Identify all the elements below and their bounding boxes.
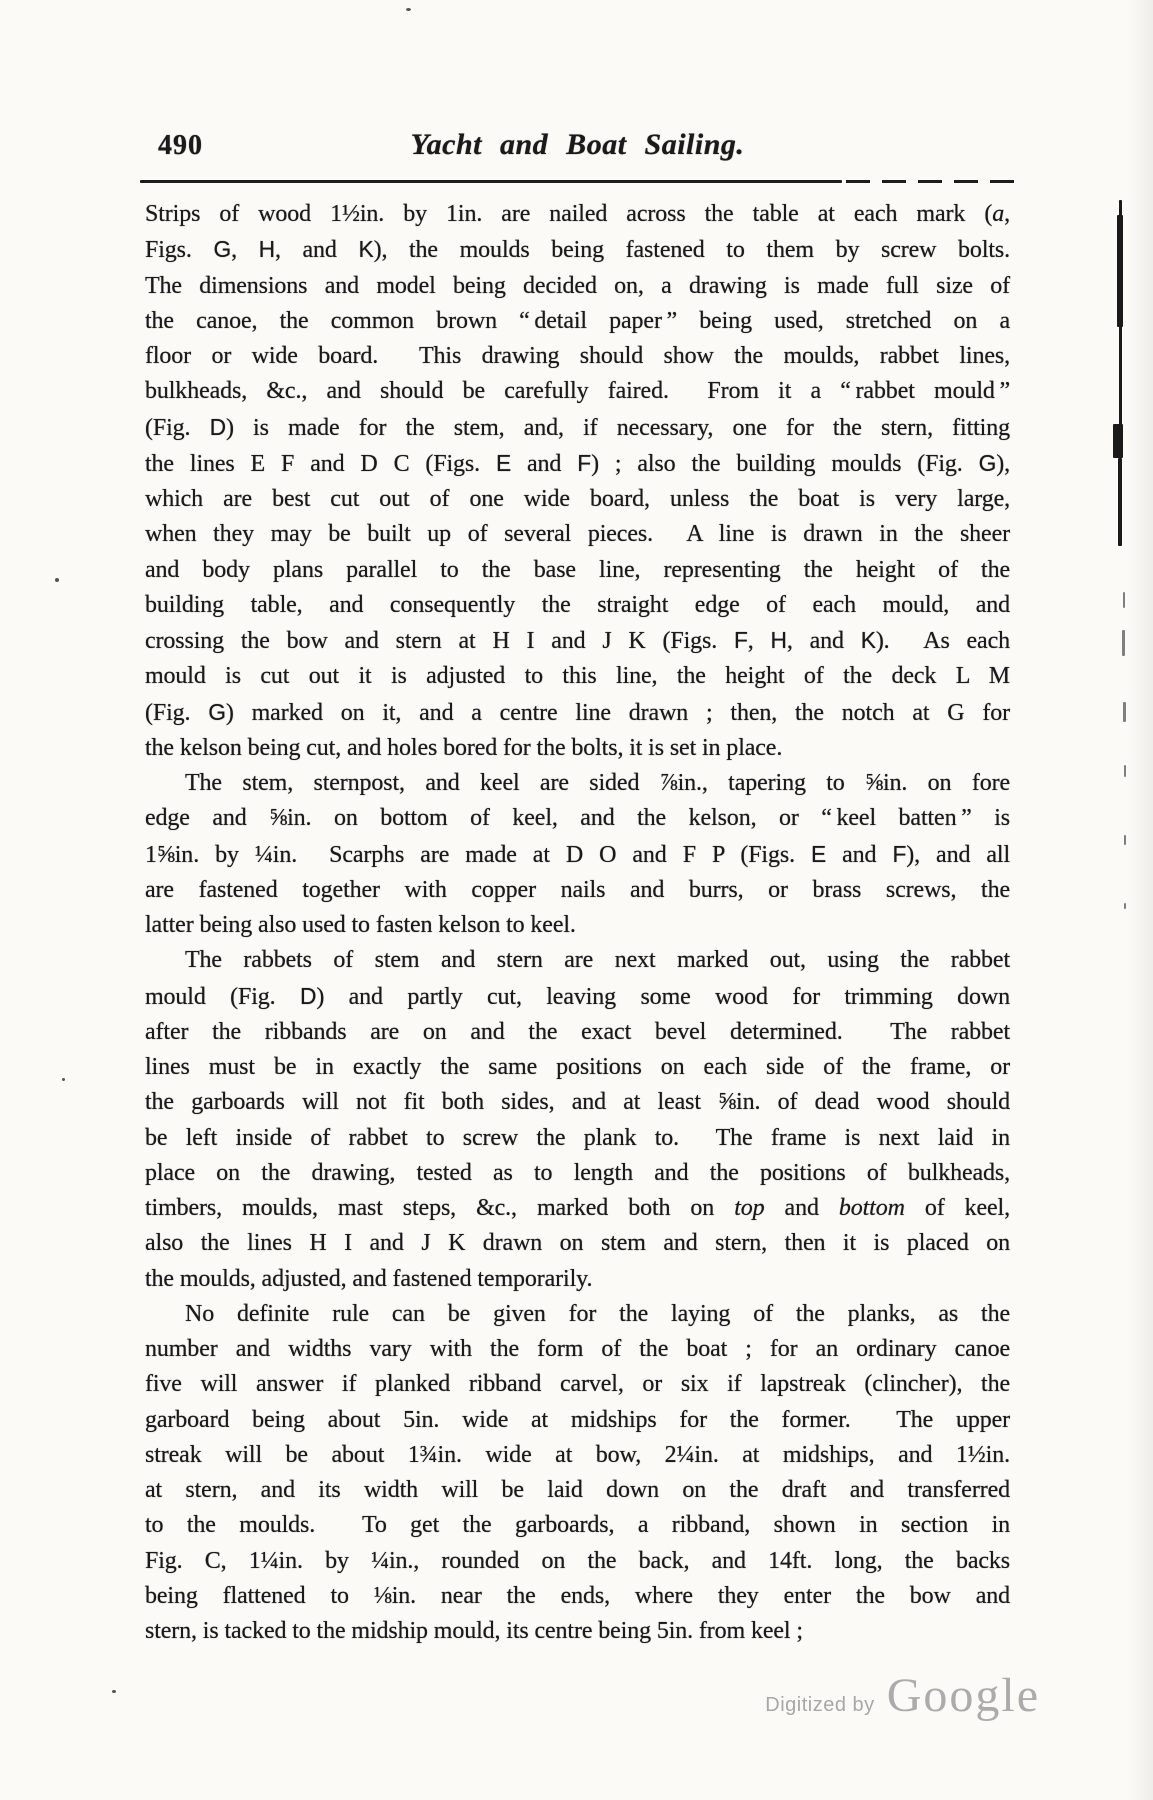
scan-artifact <box>1124 835 1126 845</box>
text-line: latter being also used to fasten kelson … <box>145 908 1010 943</box>
scan-speck <box>62 1078 65 1081</box>
figure-letter: D <box>300 983 316 1009</box>
figure-letter: E <box>811 841 826 867</box>
text-line: bulkheads, &c., and should be carefully … <box>145 374 1010 409</box>
text-line: be left inside of rabbet to screw the pl… <box>145 1121 1010 1156</box>
running-title: Yacht and Boat Sailing. <box>145 128 1010 162</box>
text-line: to the moulds. To get the garboards, a r… <box>145 1508 1010 1543</box>
text-line: when they may be built up of several pie… <box>145 517 1010 552</box>
text-line: the kelson being cut, and holes bored fo… <box>145 731 1010 766</box>
text-line: 1⅝in. by ¼in. Scarphs are made at D O an… <box>145 837 1010 873</box>
figure-letter: D <box>210 414 226 440</box>
book-page: { "page": { "number": "490", "title": "Y… <box>0 0 1153 1800</box>
figure-letter: K <box>861 627 876 653</box>
scan-speck <box>112 1690 116 1693</box>
figure-letter: K <box>358 236 373 262</box>
text-line: The dimensions and model being decided o… <box>145 269 1010 304</box>
figure-letter: F <box>892 841 906 867</box>
scan-artifact <box>1124 903 1126 909</box>
figure-letter: F <box>734 627 748 653</box>
figure-letter: E <box>496 450 511 476</box>
text-line: mould (Fig. D) and partly cut, leaving s… <box>145 979 1010 1015</box>
text-line: The rabbets of stem and stern are next m… <box>145 943 1010 978</box>
text-line: and body plans parallel to the base line… <box>145 553 1010 588</box>
text-line: place on the drawing, tested as to lengt… <box>145 1156 1010 1191</box>
italic-text: bottom <box>839 1195 905 1221</box>
header-rule-dashed-end <box>846 180 1016 183</box>
text-line: edge and ⅝in. on bottom of keel, and the… <box>145 801 1010 836</box>
text-line: mould is cut out it is adjusted to this … <box>145 659 1010 694</box>
text-line: after the ribbands are on and the exact … <box>145 1015 1010 1050</box>
text-line: five will answer if planked ribband carv… <box>145 1367 1010 1402</box>
text-line: floor or wide board. This drawing should… <box>145 339 1010 374</box>
text-line: the garboards will not fit both sides, a… <box>145 1085 1010 1120</box>
text-line: Fig. C, 1¼in. by ¼in., rounded on the ba… <box>145 1544 1010 1579</box>
text-block: Strips of wood 1½in. by 1in. are nailed … <box>145 197 1010 1649</box>
scan-speck <box>55 578 59 582</box>
figure-letter: G <box>208 699 226 725</box>
text-line: stern, is tacked to the midship mould, i… <box>145 1614 1010 1649</box>
scan-artifact <box>1117 215 1123 327</box>
digitized-by-label: Digitized by <box>765 1694 874 1717</box>
text-line: number and widths vary with the form of … <box>145 1332 1010 1367</box>
text-line: also the lines H I and J K drawn on stem… <box>145 1226 1010 1261</box>
text-line: streak will be about 1¾in. wide at bow, … <box>145 1438 1010 1473</box>
text-line: which are best cut out of one wide board… <box>145 482 1010 517</box>
text-line: being flattened to ⅛in. near the ends, w… <box>145 1579 1010 1614</box>
scan-speck <box>406 8 411 11</box>
italic-text: a <box>992 201 1004 227</box>
text-line: timbers, moulds, mast steps, &c., marked… <box>145 1191 1010 1226</box>
scan-artifact <box>1123 702 1126 722</box>
digitization-watermark: Digitized by Google <box>680 1668 1040 1748</box>
italic-text: top <box>734 1195 764 1221</box>
scan-artifact <box>1118 458 1122 546</box>
text-line: garboard being about 5in. wide at midshi… <box>145 1403 1010 1438</box>
scan-artifact <box>1119 325 1122 427</box>
page-edge-shade <box>1127 0 1153 1800</box>
scan-artifact <box>1124 765 1126 777</box>
text-line: crossing the bow and stern at H I and J … <box>145 623 1010 659</box>
google-wordmark: Google <box>887 1668 1040 1723</box>
text-line: The stem, sternpost, and keel are sided … <box>145 766 1010 801</box>
scan-artifact <box>1122 630 1125 656</box>
header-rule <box>140 180 842 183</box>
text-line: lines must be in exactly the same positi… <box>145 1050 1010 1085</box>
text-line: the canoe, the common brown “ detail pap… <box>145 304 1010 339</box>
text-line: the lines E F and D C (Figs. E and F) ; … <box>145 446 1010 482</box>
text-line: building table, and consequently the str… <box>145 588 1010 623</box>
figure-letter: H <box>771 627 787 653</box>
figure-letter: G <box>213 236 231 262</box>
text-line: Figs. G, H, and K), the moulds being fas… <box>145 232 1010 268</box>
scan-artifact <box>1123 592 1125 608</box>
text-line: Strips of wood 1½in. by 1in. are nailed … <box>145 197 1010 232</box>
figure-letter: F <box>577 450 591 476</box>
text-line: the moulds, adjusted, and fastened tempo… <box>145 1262 1010 1297</box>
scan-artifact <box>1113 424 1123 458</box>
figure-letter: G <box>979 450 997 476</box>
text-line: No definite rule can be given for the la… <box>145 1297 1010 1332</box>
text-line: (Fig. D) is made for the stem, and, if n… <box>145 410 1010 446</box>
text-line: at stern, and its width will be laid dow… <box>145 1473 1010 1508</box>
figure-letter: H <box>259 236 275 262</box>
text-line: are fastened together with copper nails … <box>145 873 1010 908</box>
text-line: (Fig. G) marked on it, and a centre line… <box>145 695 1010 731</box>
